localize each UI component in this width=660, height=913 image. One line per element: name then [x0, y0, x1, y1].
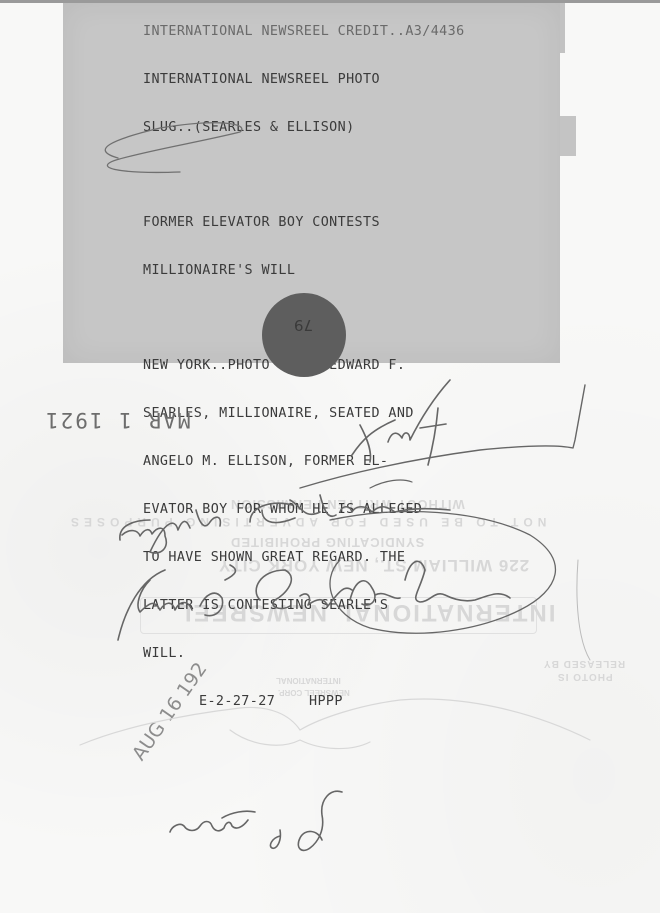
- headline: FORMER ELEVATOR BOY CONTESTS: [143, 215, 543, 231]
- headline: MILLIONAIRE'S WILL: [143, 263, 543, 279]
- bleed-stamp-line: RELEASED BY: [543, 658, 625, 669]
- credit-line: INTERNATIONAL NEWSREEL CREDIT..A3/4436: [143, 24, 543, 40]
- caption-text: INTERNATIONAL NEWSREEL CREDIT..A3/4436 I…: [143, 0, 543, 726]
- body-line: WILL.: [143, 646, 543, 662]
- bleed-stamp-line: PHOTO IS: [557, 671, 613, 682]
- sticker-number: 79: [294, 316, 313, 334]
- received-date-stamp: MAR 1 1921: [44, 408, 190, 432]
- body-line: TO HAVE SHOWN GREAT REGARD. THE: [143, 550, 543, 566]
- dateline: E-2-27-27 HPPP: [143, 694, 543, 710]
- circle-sticker: 79: [262, 293, 346, 377]
- slug-line: SLUG..(SEARLES & ELLISON): [143, 120, 543, 136]
- slip-edge: [560, 3, 565, 53]
- body-line: SEARLES, MILLIONAIRE, SEATED AND: [143, 406, 543, 422]
- agency-line: INTERNATIONAL NEWSREEL PHOTO: [143, 72, 543, 88]
- body-line: EVATOR BOY FOR WHOM HE IS ALLEGED: [143, 502, 543, 518]
- body-line: ANGELO M. ELLISON, FORMER EL-: [143, 454, 543, 470]
- slip-edge: [560, 116, 576, 156]
- body-line: LATTER IS CONTESTING SEARLE'S: [143, 598, 543, 614]
- body-line: NEW YORK..PHOTO SHOWS EDWARD F.: [143, 358, 543, 374]
